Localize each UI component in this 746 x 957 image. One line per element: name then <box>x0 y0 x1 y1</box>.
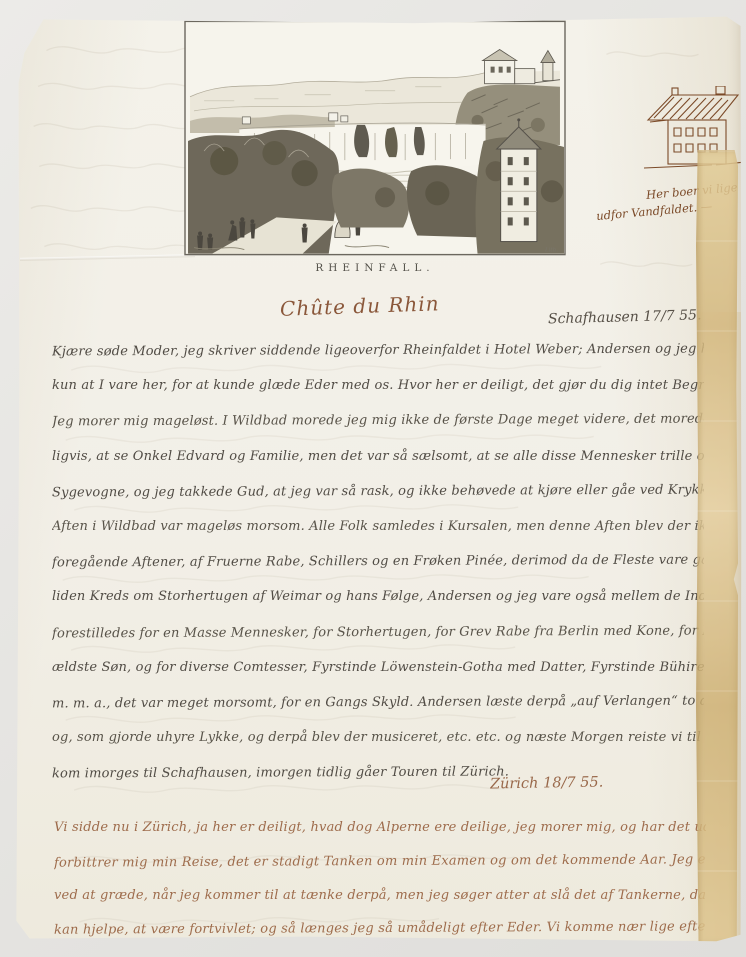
handwritten-line: kun at I vare her, for at kunde glæde Ed… <box>52 368 704 403</box>
handwritten-line: ligvis, at se Onkel Edvard og Familie, m… <box>52 439 704 474</box>
engraving-credit: Lith. <box>544 248 558 254</box>
handwritten-line: Jeg morer mig mageløst. I Wildbad morede… <box>52 402 704 440</box>
engraving-caption: RHEINFALL. <box>184 262 566 274</box>
tape-strip <box>696 150 738 945</box>
scan-backdrop: Lith. RHEINFALL. Her boer vi lige udfor … <box>0 0 746 957</box>
letter-body: Kjære søde Moder, jeg skriver siddende l… <box>52 333 704 790</box>
rheinfall-engraving-art: Lith. <box>184 20 566 256</box>
handwritten-line-rust: Vi sidde nu i Zürich, ja her er deiligt,… <box>54 811 706 845</box>
handwritten-line: ældste Søn, og for diverse Comtesser, Fy… <box>52 650 704 685</box>
handwritten-line: Kjære søde Moder, jeg skriver siddende l… <box>52 332 704 370</box>
handwritten-line: forestilledes for en Masse Mennesker, fo… <box>52 613 704 651</box>
handwritten-line: liden Kreds om Storhertugen af Weimar og… <box>52 579 704 614</box>
letter-page: Lith. RHEINFALL. Her boer vi lige udfor … <box>12 12 742 945</box>
handwritten-line-rust: forbittrer mig min Reise, det er stadigt… <box>54 843 706 880</box>
letter-postscript: Vi sidde nu i Zürich, ja her er deiligt,… <box>54 811 706 946</box>
handwritten-line-rust: kan hjelpe, at være fortvivlet; og så læ… <box>54 911 706 948</box>
handwritten-line: foregående Aftener, af Fruerne Rabe, Sch… <box>52 543 704 581</box>
handwritten-line-rust: ved at græde, når jeg kommer til at tænk… <box>54 879 706 913</box>
handwritten-line: m. m. a., det var meget morsomt, for en … <box>52 683 704 721</box>
handwritten-line: Aften i Wildbad var mageløs morsom. Alle… <box>52 509 704 544</box>
dateline-zurich: Zürich 18/7 55. <box>490 774 660 793</box>
rheinfall-engraving: Lith. <box>184 20 566 256</box>
handwritten-line: Sygevogne, og jeg takkede Gud, at jeg va… <box>52 472 704 510</box>
handwritten-line: og, som gjorde uhyre Lykke, og derpå ble… <box>52 720 704 755</box>
